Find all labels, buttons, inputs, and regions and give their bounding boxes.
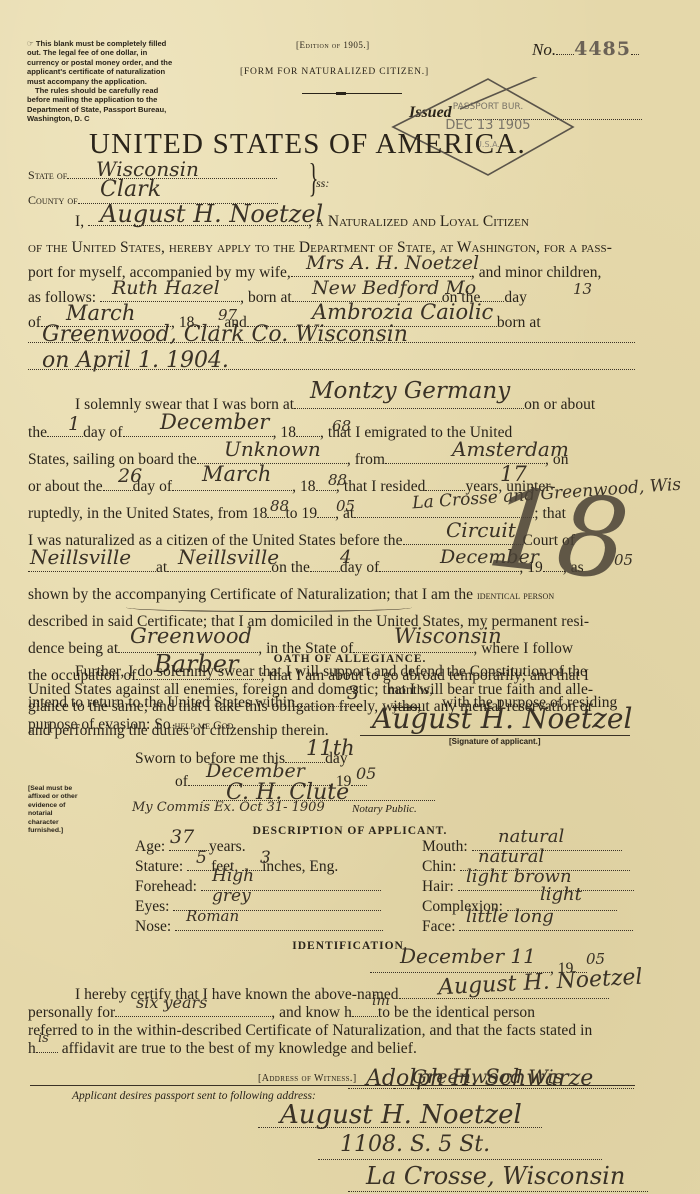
forehead-value: High <box>212 866 254 886</box>
birth-month-value: December <box>160 410 269 434</box>
age-value: 37 <box>170 826 194 848</box>
mouth-value: natural <box>498 826 564 847</box>
child2-name-value: Ambrozia Caiolic <box>312 300 493 324</box>
sworn-year-value: 05 <box>356 764 376 783</box>
domicile-value: Greenwood <box>130 624 252 648</box>
port-value: Amsterdam <box>452 437 569 461</box>
sworn-month-value: December <box>206 760 305 782</box>
form-type-label: [FORM FOR NATURALIZED CITIZEN.] <box>240 67 429 77</box>
oath-line-2: United States against all enemies, forei… <box>28 681 593 699</box>
edition-label: [Edition of 1905.] <box>296 40 370 50</box>
notary-public-label: Notary Public. <box>352 803 417 815</box>
divider-ornament <box>336 92 346 95</box>
domicile-line: described in said Certificate; that I am… <box>28 613 589 631</box>
nose-value: Roman <box>186 907 239 925</box>
child1-name-value: Ruth Hazel <box>112 277 220 299</box>
sworn-day-value: 11th <box>306 736 355 760</box>
oath-line-1: Further, I do solemnly swear that I will… <box>75 663 587 681</box>
mailing-line-3: La Crosse, Wisconsin <box>366 1162 625 1190</box>
county-label: County of <box>28 193 78 207</box>
ss-label: ss: <box>316 176 329 191</box>
mailing-line-2: 1108. S. 5 St. <box>340 1132 490 1157</box>
identification-line-2: personally for, and know hto be the iden… <box>28 1004 535 1022</box>
ship-value: Unknown <box>224 437 321 461</box>
signature-label: [Signature of applicant.] <box>449 737 541 746</box>
mailing-line-3-dots <box>348 1190 648 1192</box>
complexion-value: light <box>540 884 582 905</box>
margin-mark: 18 <box>482 463 635 605</box>
forehead-row: Forehead: <box>135 878 381 896</box>
identification-line-3: referred to in the within-described Cert… <box>28 1022 592 1040</box>
domicile-state-value: Wisconsin <box>394 624 502 648</box>
mailing-line-2-dots <box>318 1158 602 1160</box>
chin-value: natural <box>478 846 544 867</box>
child1-day-value: 13 <box>573 280 592 298</box>
nose-row: Nose: <box>135 918 383 936</box>
birth-day-value: 1 <box>68 413 80 435</box>
number-value: 4485 <box>574 38 631 60</box>
description-heading: DESCRIPTION OF APPLICANT. <box>0 825 700 837</box>
application-number: No.4485 <box>532 38 639 60</box>
naturalization-day-value: 4 <box>340 547 351 568</box>
emigration-month-value: March <box>202 462 271 486</box>
identification-date-value: December 11 <box>400 944 536 968</box>
wife-name-value: Mrs A. H. Noetzel <box>306 252 479 274</box>
birthplace-value: Montzy Germany <box>310 378 510 404</box>
passport-bureau-stamp: PASSPORT BUR. DEC 13 1905 U.S.A. <box>388 77 578 177</box>
witness-address-label: [Address of Witness.] <box>258 1073 357 1084</box>
eyes-value: grey <box>212 886 251 906</box>
emigration-day-value: 26 <box>118 465 142 487</box>
eyes-row: Eyes: <box>135 898 381 916</box>
face-value: little long <box>466 906 554 927</box>
divider-rule <box>302 93 402 94</box>
birth-year-value: 68 <box>332 417 351 435</box>
notice-rules-text: The rules should be carefully read befor… <box>27 86 177 124</box>
applicant-signature: August H. Noetzel <box>372 702 632 735</box>
court-city-value: Neillsville <box>178 545 279 569</box>
child1-birthplace-value: New Bedford Mo <box>312 277 476 299</box>
section-divider <box>30 1085 635 1086</box>
mailing-line-1: August H. Noetzel <box>280 1100 522 1130</box>
county-value: Clark <box>100 177 161 202</box>
certificate-line: shown by the accompanying Certificate of… <box>28 586 554 604</box>
feet-value: 5 <box>196 848 207 868</box>
underline-mark <box>126 603 412 612</box>
notary-commission: My Commis Ex. Oct 31- 1909 <box>132 800 325 815</box>
him-value: im <box>372 993 390 1009</box>
stamp-top-text: PASSPORT BUR. <box>453 102 523 112</box>
his-value: is <box>38 1031 49 1046</box>
to-year-value: 05 <box>336 497 355 515</box>
signature-line <box>360 735 630 736</box>
child2-birthdate-value: on April 1. 1904. <box>42 348 229 373</box>
passport-application-page: ☞ This blank must be completely filled o… <box>0 0 700 1194</box>
oath-line-4: purpose of evasion: So help me God. <box>28 716 237 734</box>
from-year-value: 88 <box>270 497 289 515</box>
child2-birthplace-value: Greenwood, Clark Co. Wisconsin <box>42 322 408 347</box>
state-label: State of <box>28 168 67 182</box>
filing-notice: ☞ This blank must be completely filled o… <box>27 39 177 124</box>
known-for-value: six years <box>136 993 207 1012</box>
notice-text: ☞ This blank must be completely filled o… <box>27 39 177 86</box>
emigration-year-value: 88 <box>328 471 347 489</box>
identification-year-value: 05 <box>586 950 605 968</box>
identification-line-4: h affidavit are true to the best of my k… <box>28 1040 417 1058</box>
applicant-name-value: August H. Noetzel <box>100 200 323 228</box>
court-place-value: Neillsville <box>30 545 131 569</box>
number-label: No. <box>532 40 556 59</box>
inches-value: 3 <box>260 848 271 868</box>
